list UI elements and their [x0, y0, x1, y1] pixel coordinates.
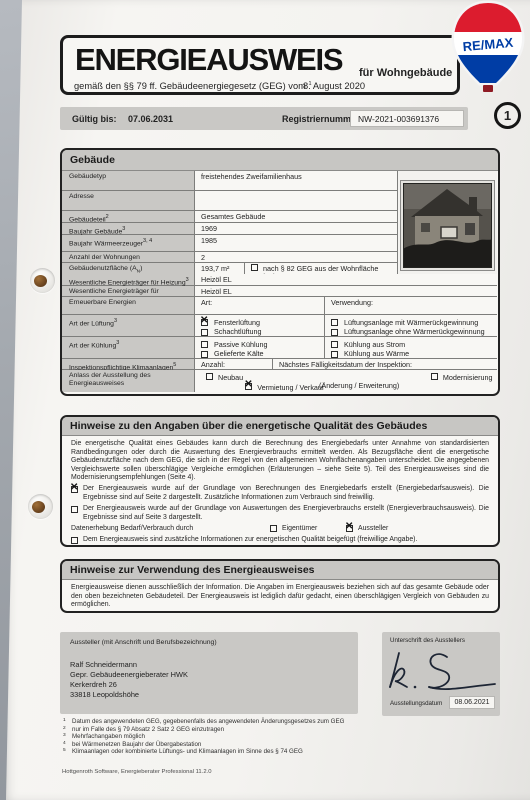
checkbox [245, 383, 252, 390]
building-section: Gebäude Gebäudetypfreistehendes Zweifami… [60, 148, 500, 396]
building-table-left: Gebäudetypfreistehendes Zweifamilienhaus… [62, 171, 397, 274]
building-table-full: Wesentliche Energieträger für Heizung3He… [62, 274, 497, 392]
table-row: Gebäudeteil2Gesamtes Gebäude [62, 210, 397, 222]
signature [384, 645, 498, 693]
photo-column [397, 171, 497, 274]
quality-hints-section: Hinweise zu den Angaben über die energet… [60, 415, 500, 547]
footnote: 3Mehrfachangaben möglich [62, 733, 482, 741]
table-row: Baujahr Wärmeerzeuger3, 41985 [62, 234, 397, 251]
hole-punch [30, 268, 55, 293]
table-row-area: Gebäudenutzfläche (AN) 193,7 m² nach § 8… [62, 262, 397, 274]
issuer-block: Aussteller (mit Anschrift und Berufsbeze… [60, 632, 358, 714]
checkbox [331, 319, 338, 326]
remax-logo: RE/MAX [447, 0, 530, 96]
validity-bar: Gültig bis: 07.06.2031 Registriernummer:… [60, 107, 468, 130]
checkbox [71, 486, 78, 493]
hole-punch [28, 494, 53, 519]
quality-option: Der Energieausweis wurde auf der Grundla… [71, 485, 489, 502]
footnote: 1Datum des angewendeten GEG, gegebenenfa… [62, 718, 482, 726]
law-reference: gemäß den §§ 79 ff. Gebäudeenergiegesetz… [74, 81, 312, 91]
checkbox [206, 373, 213, 380]
checkbox [201, 319, 208, 326]
signature-label: Unterschrift des Ausstellers [390, 637, 465, 644]
area-value: 193,7 m² [195, 263, 245, 274]
table-row-hvac: Inspektionspflichtige Klimaanlagen5 Anza… [62, 358, 497, 369]
usage-text: Energieausweise dienen ausschließlich de… [62, 580, 498, 610]
table-row: Adresse [62, 190, 397, 210]
table-row-cooling: Art der Kühlung3 Passive Kühlung Geliefe… [62, 336, 497, 358]
building-section-title: Gebäude [62, 150, 498, 171]
issue-date-label: Ausstellungsdatum [390, 700, 442, 707]
signature-block: Unterschrift des Ausstellers Ausstellung… [382, 632, 500, 716]
house-photo-graphic [403, 183, 492, 268]
checkbox [71, 537, 78, 544]
quality-option: Der Energieausweis wurde auf der Grundla… [71, 505, 489, 522]
valid-until-label: Gültig bis: [72, 114, 117, 124]
software-footer: Hottgenroth Software, Energieberater Pro… [62, 769, 212, 775]
table-row: Gebäudetypfreistehendes Zweifamilienhaus [62, 171, 397, 190]
checkbox [201, 351, 208, 358]
remax-balloon-icon: RE/MAX [447, 0, 530, 96]
checkbox [331, 351, 338, 358]
checkbox [346, 525, 353, 532]
document-subtitle: für Wohngebäude [359, 67, 452, 79]
footnote: 2nur im Falle des § 79 Absatz 2 Satz 2 G… [62, 726, 482, 734]
building-photo [400, 180, 495, 271]
footnote: 5Klimaanlagen oder kombinierte Lüftungs-… [62, 748, 482, 756]
checkbox [331, 341, 338, 348]
table-row: Wesentliche Energieträger für Warmwasser… [62, 285, 497, 296]
quality-intro: Die energetische Qualität eines Gebäudes… [71, 440, 489, 483]
usage-hints-section: Hinweise zur Verwendung des Energieauswe… [60, 559, 500, 613]
scanned-energy-certificate: ENERGIEAUSWEIS für Wohngebäude gemäß den… [0, 0, 530, 800]
checkbox [201, 341, 208, 348]
registration-number: NW-2021-003691376 [358, 114, 439, 124]
footnotes: 1Datum des angewendeten GEG, gegebenenfa… [62, 718, 482, 756]
table-row-occasion: Anlass der Ausstellung desEnergieausweis… [62, 369, 497, 392]
page-number-badge: 1 [494, 102, 521, 129]
table-row: Anzahl der Wohnungen2 [62, 251, 397, 262]
document-title: ENERGIEAUSWEIS [75, 42, 342, 78]
valid-until-value: 07.06.2031 [128, 114, 173, 124]
issuer-label: Aussteller (mit Anschrift und Berufsbeze… [70, 639, 217, 646]
table-row-ventilation: Art der Lüftung3 Fensterlüftung Schachtl… [62, 314, 497, 336]
usage-hints-title: Hinweise zur Verwendung des Energieauswe… [62, 561, 498, 580]
checkbox [251, 264, 258, 271]
checkbox [270, 525, 277, 532]
law-date: 8. August 2020 [303, 81, 365, 91]
checkbox [201, 329, 208, 336]
document-content: ENERGIEAUSWEIS für Wohngebäude gemäß den… [0, 0, 530, 800]
quality-hints-title: Hinweise zu den Angaben über die energet… [62, 417, 498, 436]
issuer-address: Ralf Schneidermann Gepr. Gebäudeenergieb… [70, 660, 188, 700]
data-survey-line: Datenerhebung Bedarf/Verbrauch durch Eig… [71, 525, 489, 534]
registration-number-box: NW-2021-003691376 [350, 110, 464, 127]
title-box: ENERGIEAUSWEIS für Wohngebäude gemäß den… [60, 35, 460, 95]
table-row: Baujahr Gebäude31969 [62, 222, 397, 234]
issue-date-value: 08.06.2021 [449, 696, 495, 709]
table-row: Wesentliche Energieträger für Heizung3He… [62, 274, 497, 285]
checkbox [431, 373, 438, 380]
checkbox [331, 329, 338, 336]
checkbox [71, 506, 78, 513]
table-row-renewables: Erneuerbare Energien Art: Verwendung: [62, 296, 497, 314]
quality-extra-option: Dem Energieausweis sind zusätzliche Info… [71, 536, 489, 545]
footnote: 4bei Wärmenetzen Baujahr der Übergabesta… [62, 741, 482, 749]
